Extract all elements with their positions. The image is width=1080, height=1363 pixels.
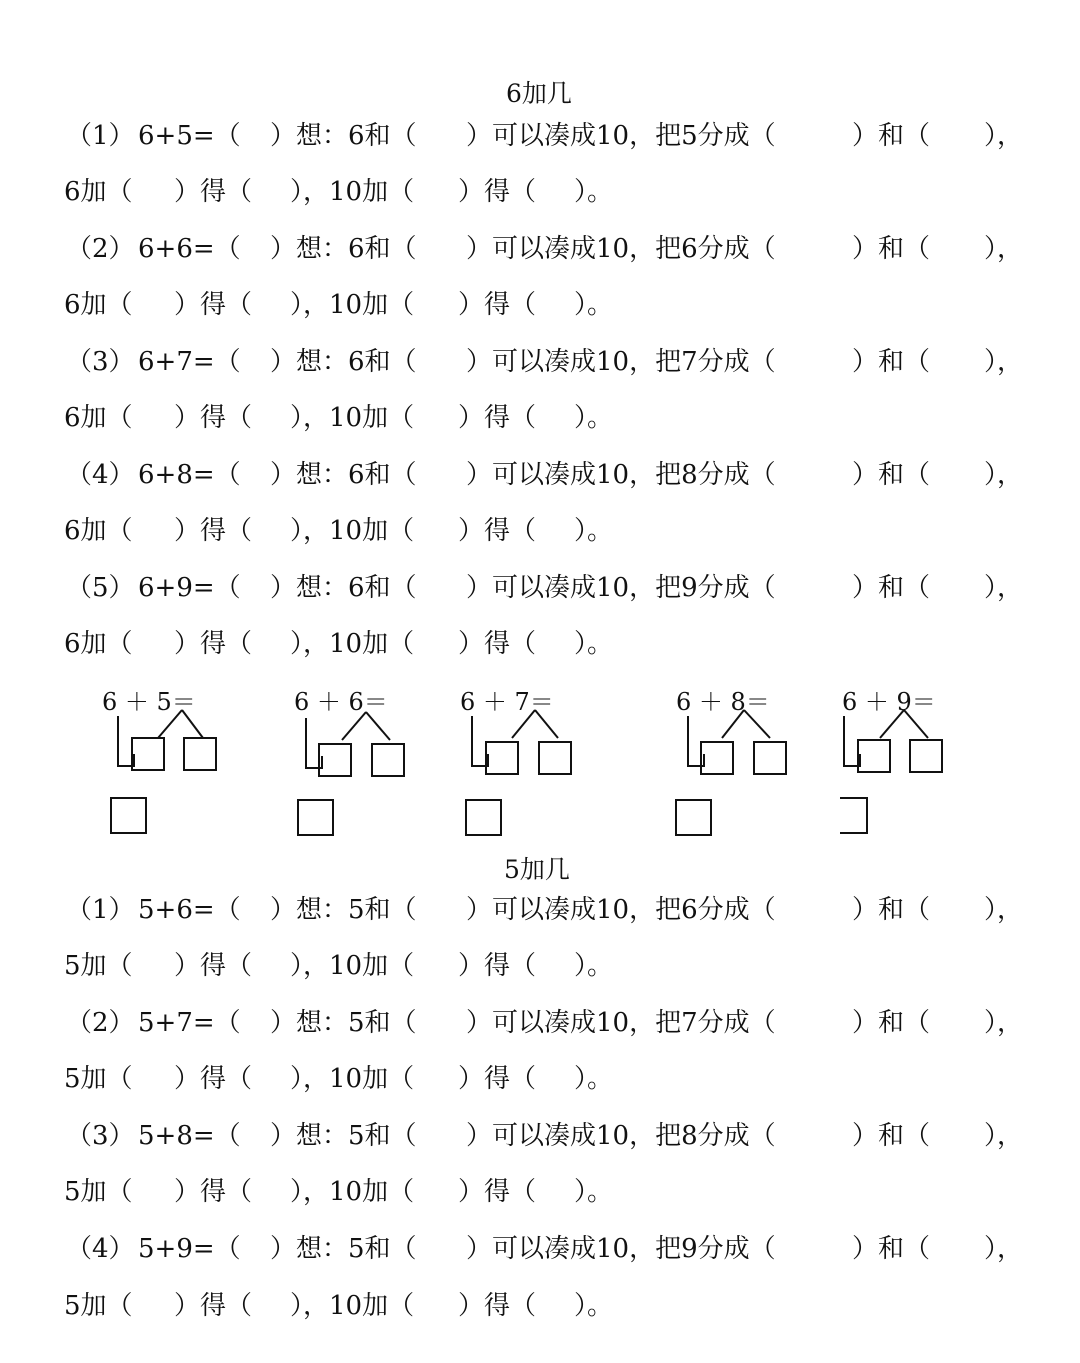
- result-text: ）得（: [174, 1286, 252, 1326]
- line-end: ）。: [574, 1059, 613, 1099]
- ten-add-text: ），10加（: [290, 511, 414, 551]
- add-text: 5加（: [64, 1059, 133, 1099]
- decomposition-lines-icon: [100, 682, 260, 842]
- add-text: 5加（: [64, 1172, 133, 1212]
- think-text: ）想：5和（: [270, 1229, 417, 1269]
- problem-expression: 6+5=（: [138, 116, 241, 156]
- make-ten-text: ）可以凑成10，把7分成（: [466, 1003, 776, 1043]
- split-text: ）和（: [852, 1116, 930, 1156]
- problem-expression: 6+9=（: [138, 568, 241, 608]
- ten-add-text: ），10加（: [290, 1286, 414, 1326]
- ten-add-text: ），10加（: [290, 624, 414, 664]
- result-text-2: ）得（: [458, 1059, 536, 1099]
- problem-line-4b: 5加（ ）得（ ），10加（ ）得（ ）。: [0, 1286, 1080, 1326]
- problem-line-3b: 5加（ ）得（ ），10加（ ）得（ ）。: [0, 1172, 1080, 1212]
- result-text-2: ）得（: [458, 1172, 536, 1212]
- make-ten-text: ）可以凑成10，把9分成（: [466, 568, 776, 608]
- ten-add-text: ），10加（: [290, 1172, 414, 1212]
- problem-expression: 5+9=（: [138, 1229, 241, 1269]
- line-end: ）。: [574, 946, 613, 986]
- line-end: ），: [984, 1003, 1023, 1043]
- problem-line-4b: 6加（ ）得（ ），10加（ ）得（ ）。: [0, 511, 1080, 551]
- line-end: ），: [984, 116, 1023, 156]
- problem-line-1: （1） 6+5=（ ）想：6和（ ）可以凑成10，把5分成（ ）和（ ），: [0, 116, 1080, 156]
- make-ten-text: ）可以凑成10，把6分成（: [466, 229, 776, 269]
- line-end: ），: [984, 1229, 1023, 1269]
- think-text: ）想：6和（: [270, 229, 417, 269]
- decomposition-diagram-1: 6 ＋ 5＝: [100, 682, 260, 842]
- problem-number: （3）: [66, 1116, 135, 1156]
- problem-line-2: （2） 6+6=（ ）想：6和（ ）可以凑成10，把6分成（ ）和（ ），: [0, 229, 1080, 269]
- add-text: 5加（: [64, 1286, 133, 1326]
- add-text: 6加（: [64, 172, 133, 212]
- decomposition-lines-icon: [292, 682, 452, 842]
- think-text: ）想：6和（: [270, 568, 417, 608]
- think-text: ）想：6和（: [270, 116, 417, 156]
- make-ten-text: ）可以凑成10，把9分成（: [466, 1229, 776, 1269]
- make-ten-text: ）可以凑成10，把8分成（: [466, 1116, 776, 1156]
- result-text: ）得（: [174, 1059, 252, 1099]
- ten-add-text: ），10加（: [290, 946, 414, 986]
- line-end: ），: [984, 890, 1023, 930]
- line-end: ）。: [574, 511, 613, 551]
- line-end: ），: [984, 455, 1023, 495]
- think-text: ）想：6和（: [270, 455, 417, 495]
- problem-number: （3）: [66, 342, 135, 382]
- section-title-6: 6加几: [506, 74, 572, 110]
- problem-line-4: （4） 6+8=（ ）想：6和（ ）可以凑成10，把8分成（ ）和（ ），: [0, 455, 1080, 495]
- result-text-2: ）得（: [458, 285, 536, 325]
- section-title-5: 5加几: [504, 850, 570, 886]
- decomposition-lines-icon: [674, 682, 834, 842]
- line-end: ）。: [574, 172, 613, 212]
- split-text: ）和（: [852, 568, 930, 608]
- add-text: 6加（: [64, 398, 133, 438]
- problem-expression: 5+8=（: [138, 1116, 241, 1156]
- result-text: ）得（: [174, 172, 252, 212]
- problem-number: （5）: [66, 568, 135, 608]
- add-text: 6加（: [64, 285, 133, 325]
- split-text: ）和（: [852, 229, 930, 269]
- ten-add-text: ），10加（: [290, 172, 414, 212]
- line-end: ），: [984, 1116, 1023, 1156]
- problem-line-5: （5） 6+9=（ ）想：6和（ ）可以凑成10，把9分成（ ）和（ ），: [0, 568, 1080, 608]
- result-text: ）得（: [174, 946, 252, 986]
- result-text-2: ）得（: [458, 398, 536, 438]
- problem-line-3b: 6加（ ）得（ ），10加（ ）得（ ）。: [0, 398, 1080, 438]
- think-text: ）想：5和（: [270, 890, 417, 930]
- line-end: ）。: [574, 1172, 613, 1212]
- problem-line-2b: 6加（ ）得（ ），10加（ ）得（ ）。: [0, 285, 1080, 325]
- decomposition-lines-icon: [460, 682, 620, 842]
- ten-add-text: ），10加（: [290, 398, 414, 438]
- line-end: ）。: [574, 285, 613, 325]
- problem-line-2b: 5加（ ）得（ ），10加（ ）得（ ）。: [0, 1059, 1080, 1099]
- decomposition-lines-icon: [840, 682, 1000, 842]
- line-end: ）。: [574, 398, 613, 438]
- make-ten-text: ）可以凑成10，把8分成（: [466, 455, 776, 495]
- problem-expression: 6+7=（: [138, 342, 241, 382]
- problem-line-1b: 5加（ ）得（ ），10加（ ）得（ ）。: [0, 946, 1080, 986]
- decomposition-diagram-3: 6 ＋ 7＝: [460, 682, 620, 842]
- problem-number: （2）: [66, 229, 135, 269]
- problem-line-3: （3） 5+8=（ ）想：5和（ ）可以凑成10，把8分成（ ）和（ ），: [0, 1116, 1080, 1156]
- make-ten-text: ）可以凑成10，把6分成（: [466, 890, 776, 930]
- problem-line-5b: 6加（ ）得（ ），10加（ ）得（ ）。: [0, 624, 1080, 664]
- line-end: ）。: [574, 624, 613, 664]
- add-text: 6加（: [64, 624, 133, 664]
- decomposition-diagram-4: 6 ＋ 8＝: [674, 682, 834, 842]
- problem-expression: 6+8=（: [138, 455, 241, 495]
- problem-number: （1）: [66, 116, 135, 156]
- split-text: ）和（: [852, 116, 930, 156]
- split-text: ）和（: [852, 890, 930, 930]
- make-ten-text: ）可以凑成10，把7分成（: [466, 342, 776, 382]
- result-text-2: ）得（: [458, 172, 536, 212]
- add-text: 5加（: [64, 946, 133, 986]
- problem-number: （4）: [66, 455, 135, 495]
- result-text: ）得（: [174, 624, 252, 664]
- problem-line-2: （2） 5+7=（ ）想：5和（ ）可以凑成10，把7分成（ ）和（ ），: [0, 1003, 1080, 1043]
- problem-line-1: （1） 5+6=（ ）想：5和（ ）可以凑成10，把6分成（ ）和（ ），: [0, 890, 1080, 930]
- line-end: ），: [984, 229, 1023, 269]
- problem-line-3: （3） 6+7=（ ）想：6和（ ）可以凑成10，把7分成（ ）和（ ），: [0, 342, 1080, 382]
- problem-line-4: （4） 5+9=（ ）想：5和（ ）可以凑成10，把9分成（ ）和（ ），: [0, 1229, 1080, 1269]
- ten-add-text: ），10加（: [290, 285, 414, 325]
- result-text: ）得（: [174, 511, 252, 551]
- add-text: 6加（: [64, 511, 133, 551]
- decomposition-diagram-5: 6 ＋ 9＝: [840, 682, 1000, 842]
- think-text: ）想：5和（: [270, 1116, 417, 1156]
- ten-add-text: ），10加（: [290, 1059, 414, 1099]
- split-text: ）和（: [852, 1229, 930, 1269]
- problem-expression: 5+7=（: [138, 1003, 241, 1043]
- think-text: ）想：5和（: [270, 1003, 417, 1043]
- line-end: ），: [984, 568, 1023, 608]
- problem-expression: 5+6=（: [138, 890, 241, 930]
- result-text: ）得（: [174, 1172, 252, 1212]
- result-text-2: ）得（: [458, 624, 536, 664]
- problem-number: （1）: [66, 890, 135, 930]
- line-end: ），: [984, 342, 1023, 382]
- line-end: ）。: [574, 1286, 613, 1326]
- problem-number: （4）: [66, 1229, 135, 1269]
- result-text: ）得（: [174, 285, 252, 325]
- result-text-2: ）得（: [458, 511, 536, 551]
- problem-line-1b: 6加（ ）得（ ），10加（ ）得（ ）。: [0, 172, 1080, 212]
- result-text-2: ）得（: [458, 946, 536, 986]
- split-text: ）和（: [852, 455, 930, 495]
- result-text-2: ）得（: [458, 1286, 536, 1326]
- decomposition-diagram-2: 6 ＋ 6＝: [292, 682, 452, 842]
- make-ten-text: ）可以凑成10，把5分成（: [466, 116, 776, 156]
- result-text: ）得（: [174, 398, 252, 438]
- problem-number: （2）: [66, 1003, 135, 1043]
- split-text: ）和（: [852, 1003, 930, 1043]
- think-text: ）想：6和（: [270, 342, 417, 382]
- problem-expression: 6+6=（: [138, 229, 241, 269]
- split-text: ）和（: [852, 342, 930, 382]
